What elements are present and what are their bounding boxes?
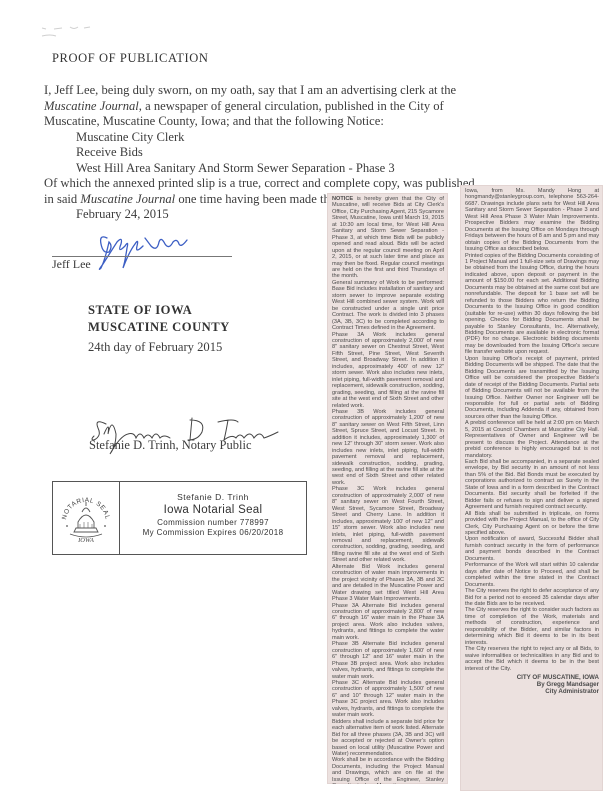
clipping-paragraph: Printed copies of the Bidding Documents … — [465, 253, 599, 356]
affidavit-line-3: Muscatine, Muscatine County, Iowa; and t… — [44, 114, 424, 130]
affidavit-line-4: Of which the annexed printed slip is a t… — [44, 176, 424, 192]
clipping-paragraph: Phase 3C Alternate Bid includes general … — [332, 680, 444, 719]
clipping-paragraph: Each Bid shall be accompanied, in a sepa… — [465, 459, 599, 511]
clipping-paragraph: Phase 3B Work includes general construct… — [332, 409, 444, 486]
scan-artifact — [40, 24, 110, 38]
seal-details: Stefanie D. Trinh Iowa Notarial Seal Com… — [120, 482, 306, 554]
clipping-paragraph: Alternate Bid Work includes general cons… — [332, 564, 444, 603]
clipping-paragraph: The City reserves the right to reject an… — [465, 646, 599, 672]
clipping-paragraph: Upon notification of award, Successful B… — [465, 536, 599, 562]
clipping-paragraph: Phase 3A Work includes general construct… — [332, 332, 444, 409]
notary-seal-stamp: NOTARIAL SEAL IOWA Stefanie D. Trinh Iow… — [52, 481, 307, 555]
signer-name: Jeff Lee — [52, 257, 91, 272]
clipping-paragraph: Performance of the Work will start withi… — [465, 562, 599, 588]
svg-text:IOWA: IOWA — [77, 537, 94, 544]
newspaper-name: Muscatine Journal — [44, 99, 139, 113]
page-title: PROOF OF PUBLICATION — [52, 51, 208, 66]
notice-item: Receive Bids — [44, 145, 424, 161]
clipping-paragraph: NOTICE is hereby given that the City of … — [332, 196, 444, 280]
svg-text:NOTARIAL SEAL: NOTARIAL SEAL — [61, 497, 111, 520]
seal-heading: Iowa Notarial Seal — [120, 504, 306, 516]
clipping-column-right: Iowa, from Ms. Mandy Hong at hongmandy@s… — [460, 185, 603, 791]
clipping-paragraph: Iowa, from Ms. Mandy Hong at hongmandy@s… — [465, 188, 599, 253]
clipping-paragraph: Phase 3B Alternate Bid includes general … — [332, 641, 444, 680]
clipping-paragraph: A prebid conference will be held at 2:00… — [465, 420, 599, 459]
clipping-paragraph: Phase 3C Work includes general construct… — [332, 486, 444, 563]
notary-printed-name: Stefanie D. Trinh, Notary Public — [89, 438, 252, 453]
clipping-column-left: NOTICE is hereby given that the City of … — [327, 193, 448, 784]
signature-jeff-lee — [95, 232, 195, 272]
capitol-dome-icon: NOTARIAL SEAL IOWA — [58, 488, 114, 548]
clipping-paragraph: Phase 3A Alternate Bid includes general … — [332, 603, 444, 642]
clipping-paragraph: All Bids shall be submitted in triplicat… — [465, 511, 599, 537]
clipping-paragraph: Bidders shall include a separate bid pri… — [332, 719, 444, 758]
notice-item: Muscatine City Clerk — [44, 130, 424, 146]
clipping-lead: NOTICE — [332, 196, 353, 202]
affidavit-line-1: I, Jeff Lee, being duly sworn, on my oat… — [44, 83, 424, 99]
clipping-paragraph: Work shall be in accordance with the Bid… — [332, 757, 444, 784]
seal-notary-name: Stefanie D. Trinh — [120, 492, 306, 502]
venue: STATE OF IOWA MUSCATINE COUNTY — [88, 302, 230, 336]
clipping-paragraph: General summary of Work to be performed:… — [332, 280, 444, 332]
county-label: MUSCATINE COUNTY — [88, 319, 230, 336]
state-label: STATE OF IOWA — [88, 302, 230, 319]
clipping-paragraph: The City reserves the right to consider … — [465, 607, 599, 646]
clipping-signature: CITY OF MUSCATINE, IOWABy Gregg Mandsage… — [465, 674, 599, 695]
seal-commission-number: Commission number 778997 — [120, 518, 306, 528]
newspaper-name: Muscatine Journal — [80, 192, 175, 206]
seal-expiration: My Commission Expires 06/20/2018 — [120, 528, 306, 538]
seal-emblem: NOTARIAL SEAL IOWA — [53, 482, 120, 554]
notice-item: West Hill Area Sanitary And Storm Sewer … — [44, 161, 424, 177]
clipping-paragraph: The City reserves the right to defer acc… — [465, 588, 599, 607]
clipping-paragraph: Upon Issuing Office's receipt of payment… — [465, 356, 599, 421]
affidavit-line-2: Muscatine Journal, a newspaper of genera… — [44, 99, 424, 115]
sworn-date: 24th day of February 2015 — [88, 340, 222, 355]
